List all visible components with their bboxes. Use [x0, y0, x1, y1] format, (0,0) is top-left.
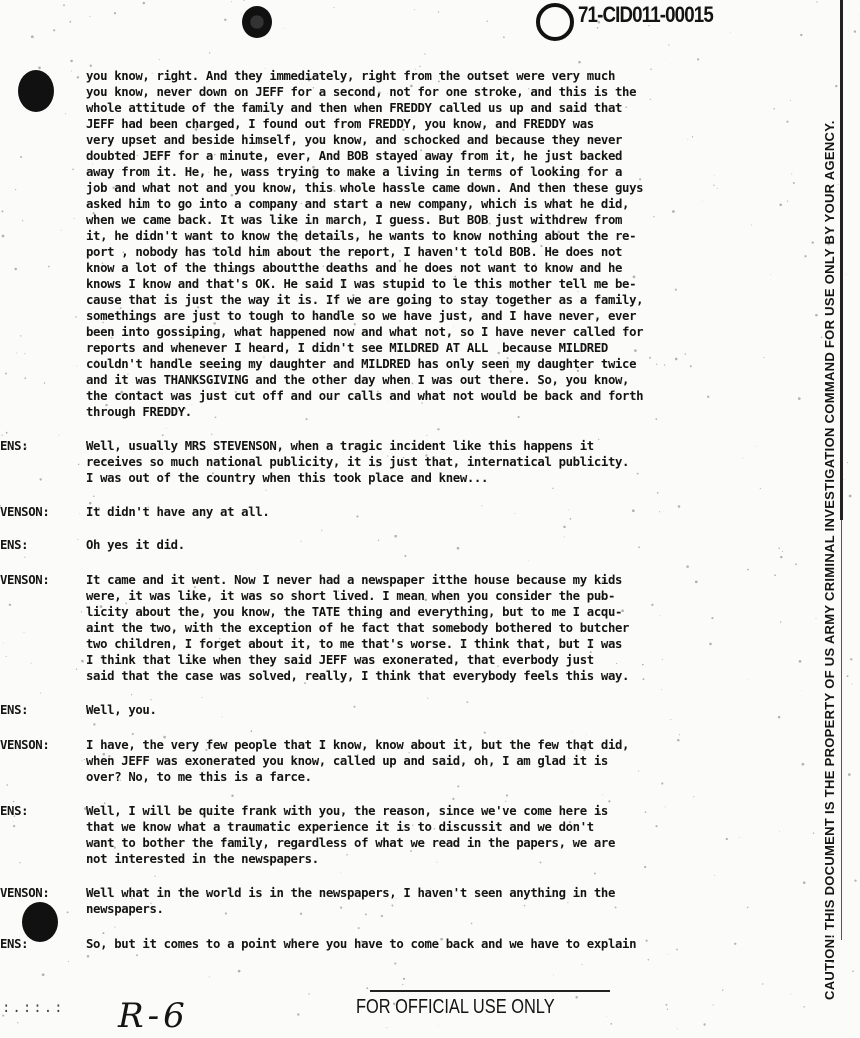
transcript-line: know a lot of the things aboutthe deaths…	[86, 260, 800, 276]
transcript-line: I have, the very few people that I know,…	[86, 737, 800, 753]
transcript-line: reports and whenever I heard, I didn't s…	[86, 340, 800, 356]
paragraph-gap	[0, 684, 800, 702]
document-number: 71-CID011-00015	[578, 2, 713, 28]
transcript-paragraph: ENS:So, but it comes to a point where yo…	[0, 936, 800, 952]
speaker-label: VENSON:	[0, 885, 84, 901]
transcript-line: not interested in the newspapers.	[86, 851, 800, 867]
punch-hole-icon	[536, 3, 574, 41]
margin-caution-strip: CAUTION! THIS DOCUMENT IS THE PROPERTY O…	[808, 0, 860, 1038]
transcript-line: you know, right. And they immediately, r…	[86, 68, 800, 84]
transcript-line: away from it. He, he, wass trying to mak…	[86, 164, 800, 180]
speaker-label: ENS:	[0, 438, 84, 454]
official-use-stamp: FOR OFFICIAL USE ONLY	[356, 996, 555, 1019]
transcript-paragraph: ENS:Well, usually MRS STEVENSON, when a …	[0, 438, 800, 486]
document-page: 71-CID011-00015 you know, right. And the…	[0, 0, 860, 1038]
paragraph-gap	[0, 785, 800, 803]
transcript-paragraph: ENS:Well, you.	[0, 702, 800, 718]
paragraph-gap	[0, 520, 800, 537]
transcript-line: port , nobody has told him about the rep…	[86, 244, 800, 260]
transcript-line: Well, you.	[86, 702, 800, 718]
transcript-line: So, but it comes to a point where you ha…	[86, 936, 800, 952]
footer-smudge: :.::.:	[2, 1000, 65, 1016]
transcript-line: newspapers.	[86, 901, 800, 917]
transcript-line: couldn't handle seeing my daughter and M…	[86, 356, 800, 372]
transcript-line: doubted JEFF for a minute, ever, And BOB…	[86, 148, 800, 164]
transcript-line: very upset and beside himself, you know,…	[86, 132, 800, 148]
paragraph-gap	[0, 420, 800, 438]
transcript-line: when JEFF was exonerated you know, calle…	[86, 753, 800, 769]
transcript-line: you know, never down on JEFF for a secon…	[86, 84, 800, 100]
speaker-label: ENS:	[0, 803, 84, 819]
transcript-line: Oh yes it did.	[86, 537, 800, 553]
transcript-paragraph: you know, right. And they immediately, r…	[0, 68, 800, 420]
transcript-line: been into gossiping, what happened now a…	[86, 324, 800, 340]
transcript-line: Well, usually MRS STEVENSON, when a trag…	[86, 438, 800, 454]
transcript-line: Well what in the world is in the newspap…	[86, 885, 800, 901]
stamp-rule	[370, 990, 610, 992]
transcript-line: that we know what a traumatic experience…	[86, 819, 800, 835]
transcript-line: the contact was just cut off and our cal…	[86, 388, 800, 404]
transcript-line: it, he didn't want to know the details, …	[86, 228, 800, 244]
transcript-line: I think that like when they said JEFF wa…	[86, 652, 800, 668]
paragraph-gap	[0, 718, 800, 737]
transcript-line: and it was THANKSGIVING and the other da…	[86, 372, 800, 388]
transcript-paragraph: ENS:Well, I will be quite frank with you…	[0, 803, 800, 867]
transcript-line: aint the two, with the exception of he f…	[86, 620, 800, 636]
punch-hole-icon	[242, 6, 272, 38]
transcript-line: said that the case was solved, really, I…	[86, 668, 800, 684]
transcript-paragraph: VENSON:I have, the very few people that …	[0, 737, 800, 785]
transcript-paragraph: VENSON:It came and it went. Now I never …	[0, 572, 800, 684]
transcript-line: were, it was like, it was so short lived…	[86, 588, 800, 604]
speaker-label: VENSON:	[0, 737, 84, 753]
handwritten-page-mark: R-6	[118, 996, 189, 1036]
transcript-body: you know, right. And they immediately, r…	[0, 68, 800, 952]
transcript-line: Well, I will be quite frank with you, th…	[86, 803, 800, 819]
transcript-line: want to bother the family, regardless of…	[86, 835, 800, 851]
paragraph-gap	[0, 867, 800, 885]
transcript-line: licity about the, you know, the TATE thi…	[86, 604, 800, 620]
transcript-paragraph: VENSON:It didn't have any at all.	[0, 504, 800, 520]
transcript-line: job and what not and you know, this whol…	[86, 180, 800, 196]
speaker-label: VENSON:	[0, 504, 84, 520]
transcript-line: JEFF had been charged, I found out from …	[86, 116, 800, 132]
transcript-line: two children, I forget about it, to me t…	[86, 636, 800, 652]
paragraph-gap	[0, 486, 800, 504]
paragraph-gap	[0, 553, 800, 572]
margin-rule	[840, 0, 843, 520]
transcript-line: somethings are just to tough to handle s…	[86, 308, 800, 324]
speaker-label: VENSON:	[0, 572, 84, 588]
transcript-line: asked him to go into a company and start…	[86, 196, 800, 212]
transcript-line: cause that is just the way it is. If we …	[86, 292, 800, 308]
paragraph-gap	[0, 917, 800, 936]
transcript-line: It came and it went. Now I never had a n…	[86, 572, 800, 588]
transcript-line: receives so much national publicity, it …	[86, 454, 800, 470]
transcript-line: through FREDDY.	[86, 404, 800, 420]
transcript-line: knows I know and that's OK. He said I wa…	[86, 276, 800, 292]
margin-rule	[841, 520, 842, 940]
transcript-line: I was out of the country when this took …	[86, 470, 800, 486]
transcript-line: over? No, to me this is a farce.	[86, 769, 800, 785]
transcript-line: whole attitude of the family and then wh…	[86, 100, 800, 116]
transcript-line: when we came back. It was like in march,…	[86, 212, 800, 228]
caution-notice: CAUTION! THIS DOCUMENT IS THE PROPERTY O…	[822, 120, 837, 1000]
transcript-line: It didn't have any at all.	[86, 504, 800, 520]
speaker-label: ENS:	[0, 936, 84, 952]
transcript-paragraph: VENSON:Well what in the world is in the …	[0, 885, 800, 917]
speaker-label: ENS:	[0, 537, 84, 553]
transcript-paragraph: ENS:Oh yes it did.	[0, 537, 800, 553]
speaker-label: ENS:	[0, 702, 84, 718]
